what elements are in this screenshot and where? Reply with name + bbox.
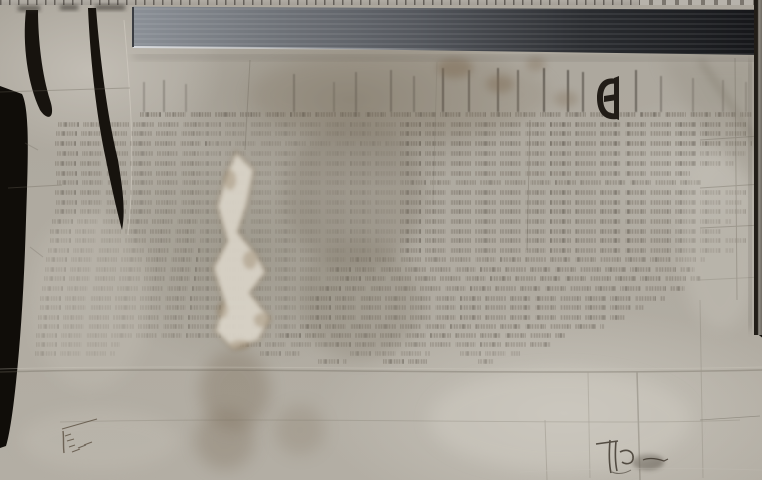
background-gap-left bbox=[0, 86, 28, 448]
gothic-initial-letter bbox=[597, 76, 619, 120]
parchment-detail-overlay bbox=[0, 0, 762, 480]
stain-washes bbox=[20, 50, 762, 470]
background-gap-right bbox=[754, 0, 762, 335]
parchment-tear bbox=[18, 5, 132, 235]
photo-of-parchment-charter bbox=[0, 0, 762, 480]
ruler-shadow bbox=[133, 56, 762, 60]
right-edge-shadow bbox=[749, 60, 751, 330]
repair-patch bbox=[213, 152, 270, 350]
ruler-end-cap bbox=[132, 7, 134, 47]
